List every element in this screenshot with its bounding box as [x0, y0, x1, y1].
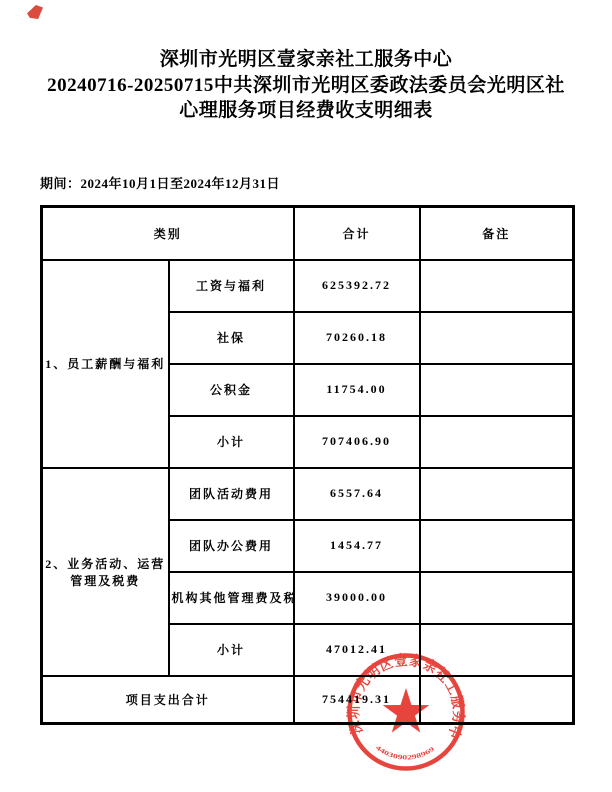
amount-cell: 625392.72 — [294, 260, 420, 312]
amount-cell: 39000.00 — [294, 572, 420, 624]
item-label-cell: 团队活动费用 — [169, 468, 294, 520]
item-label-cell: 社保 — [169, 312, 294, 364]
footer-remark-cell — [420, 676, 574, 724]
remark-cell — [420, 260, 574, 312]
title-line-3: 心理服务项目经费收支明细表 — [20, 98, 592, 124]
item-label-cell: 工资与福利 — [169, 260, 294, 312]
document-page: 深圳市光明区壹家亲社工服务中心 20240716-20250715中共深圳市光明… — [0, 0, 612, 792]
item-label-cell: 团队办公费用 — [169, 520, 294, 572]
footer-amount-cell: 754419.31 — [294, 676, 420, 724]
table-row: 1、员工薪酬与福利 工资与福利 625392.72 — [42, 260, 574, 312]
header-cell-category: 类别 — [42, 207, 294, 260]
table-footer-row: 项目支出合计 754419.31 — [42, 676, 574, 724]
section-1-category-cell: 1、员工薪酬与福利 — [42, 260, 169, 468]
footer-label-cell: 项目支出合计 — [42, 676, 294, 724]
svg-text:4403090298969: 4403090298969 — [374, 744, 437, 761]
remark-cell — [420, 364, 574, 416]
title-line-1: 深圳市光明区壹家亲社工服务中心 — [20, 47, 592, 73]
remark-cell — [420, 572, 574, 624]
period-line: 期间：2024年10月1日至2024年12月31日 — [40, 173, 280, 192]
period-value: 2024年10月1日至2024年12月31日 — [81, 176, 281, 191]
page-title: 深圳市光明区壹家亲社工服务中心 20240716-20250715中共深圳市光明… — [20, 47, 592, 124]
item-label-cell: 小计 — [169, 624, 294, 676]
item-label-cell: 小计 — [169, 416, 294, 468]
item-label-cell: 机构其他管理费及税费 — [169, 572, 294, 624]
remark-cell — [420, 468, 574, 520]
red-corner-mark — [27, 5, 43, 19]
period-label: 期间： — [40, 176, 81, 191]
item-label-cell: 公积金 — [169, 364, 294, 416]
header-cell-remark: 备注 — [420, 207, 574, 260]
title-line-2: 20240716-20250715中共深圳市光明区委政法委员会光明区社 — [20, 73, 592, 99]
remark-cell — [420, 416, 574, 468]
header-cell-total: 合计 — [294, 207, 420, 260]
amount-cell: 11754.00 — [294, 364, 420, 416]
amount-cell: 707406.90 — [294, 416, 420, 468]
table-header-row: 类别 合计 备注 — [42, 207, 574, 260]
remark-cell — [420, 624, 574, 676]
table-row: 2、业务活动、运营管理及税费 团队活动费用 6557.64 — [42, 468, 574, 520]
amount-cell: 47012.41 — [294, 624, 420, 676]
amount-cell: 70260.18 — [294, 312, 420, 364]
expense-table: 类别 合计 备注 1、员工薪酬与福利 工资与福利 625392.72 社保 70… — [40, 205, 575, 725]
amount-cell: 1454.77 — [294, 520, 420, 572]
seal-code: 4403090298969 — [374, 744, 437, 761]
remark-cell — [420, 520, 574, 572]
amount-cell: 6557.64 — [294, 468, 420, 520]
remark-cell — [420, 312, 574, 364]
section-2-category-cell: 2、业务活动、运营管理及税费 — [42, 468, 169, 676]
